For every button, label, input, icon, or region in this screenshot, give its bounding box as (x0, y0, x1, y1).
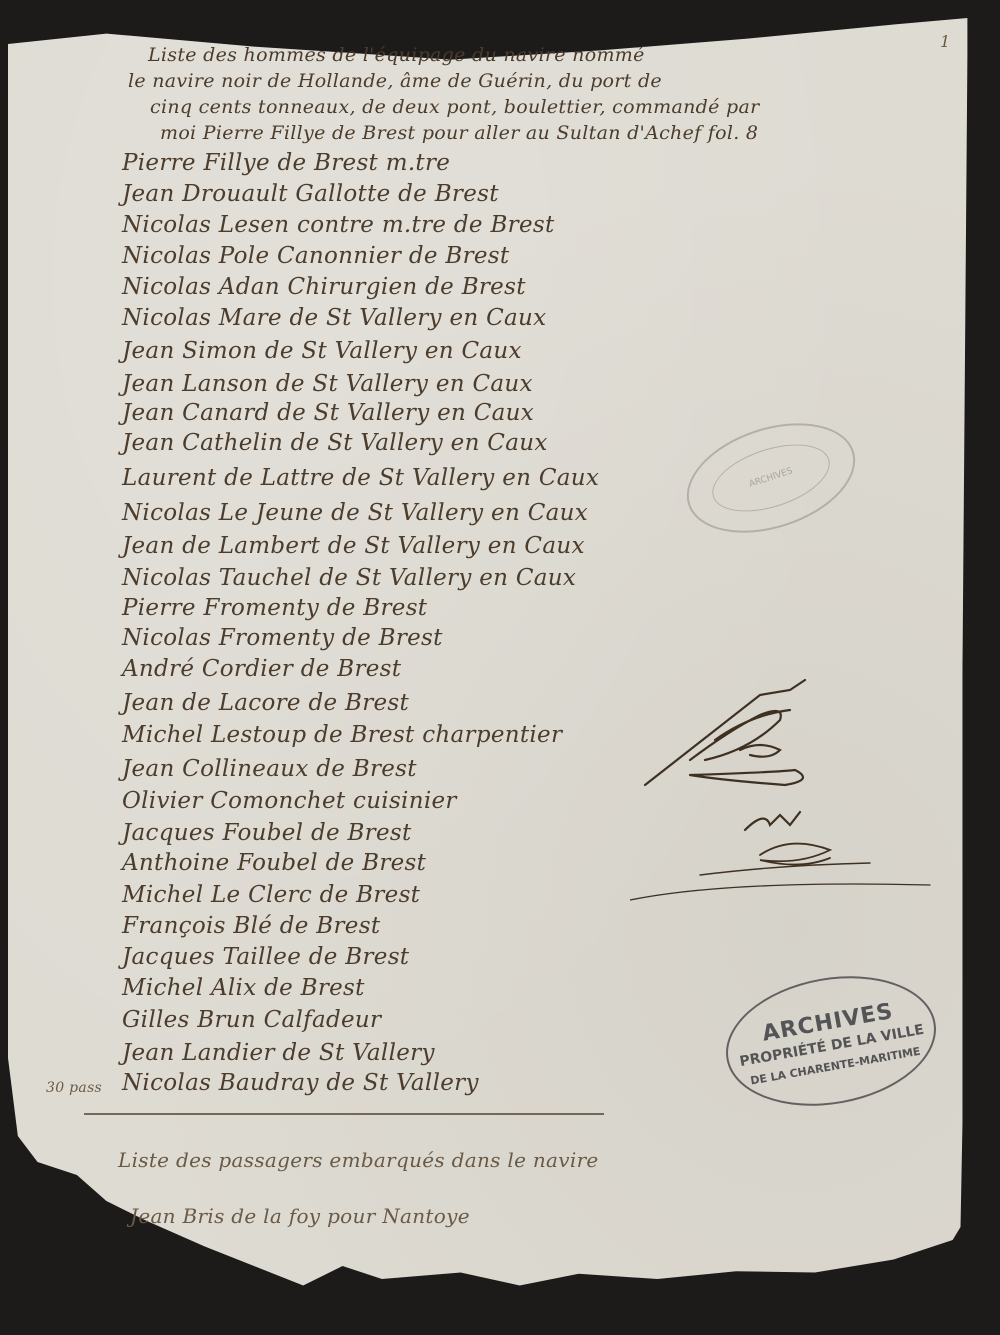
crew-entry: Nicolas Fromenty de Brest (122, 625, 443, 651)
faint-stamp-inner: ARCHIVES (704, 432, 838, 525)
crew-entry: Jean Drouault Gallotte de Brest (122, 181, 499, 207)
signature-paraph-icon (630, 660, 990, 910)
crew-entry: Gilles Brun Calfadeur (122, 1007, 381, 1033)
margin-note: 30 pass (46, 1080, 102, 1096)
crew-entry: Anthoine Foubel de Brest (122, 850, 426, 876)
crew-entry: Jean Cathelin de St Vallery en Caux (122, 430, 548, 456)
crew-entry: Jacques Taillee de Brest (122, 944, 409, 970)
crew-entry: Jean Lanson de St Vallery en Caux (122, 371, 533, 397)
crew-entry: Nicolas Baudray de St Vallery (122, 1070, 479, 1096)
crew-entry: Jean Canard de St Vallery en Caux (122, 400, 534, 426)
crew-entry: Pierre Fillye de Brest m.tre (122, 150, 450, 176)
crew-entry: Jean Landier de St Vallery (122, 1040, 435, 1066)
page-number: 1 (940, 32, 950, 51)
footer-line-1: Liste des passagers embarqués dans le na… (118, 1148, 599, 1172)
header-line-1: Liste des hommes de l'équipage du navire… (148, 44, 645, 66)
crew-entry: André Cordier de Brest (122, 656, 401, 682)
crew-entry: Michel Le Clerc de Brest (122, 882, 420, 908)
crew-entry: François Blé de Brest (122, 913, 380, 939)
footer-line-2: Jean Bris de la foy pour Nantoye (130, 1204, 470, 1228)
crew-entry: Nicolas Pole Canonnier de Brest (122, 243, 509, 269)
faint-stamp-text: ARCHIVES (748, 466, 794, 489)
crew-entry: Nicolas Le Jeune de St Vallery en Caux (122, 500, 588, 526)
document-scan: 1 Liste des hommes de l'équipage du navi… (0, 0, 1000, 1335)
header-line-4: moi Pierre Fillye de Brest pour aller au… (160, 122, 758, 144)
header-line-3: cinq cents tonneaux, de deux pont, boule… (150, 96, 759, 118)
crew-entry: Nicolas Mare de St Vallery en Caux (122, 305, 546, 331)
crew-entry: Pierre Fromenty de Brest (122, 595, 427, 621)
header-line-2: le navire noir de Hollande, âme de Guéri… (128, 70, 662, 92)
crew-entry: Jacques Foubel de Brest (122, 820, 412, 846)
crew-entry: Michel Alix de Brest (122, 975, 365, 1001)
crew-entry: Nicolas Adan Chirurgien de Brest (122, 274, 526, 300)
divider-line (84, 1113, 604, 1115)
crew-entry: Nicolas Lesen contre m.tre de Brest (122, 212, 555, 238)
crew-entry: Jean Simon de St Vallery en Caux (122, 338, 522, 364)
crew-entry: Olivier Comonchet cuisinier (122, 788, 457, 814)
crew-entry: Nicolas Tauchel de St Vallery en Caux (122, 565, 576, 591)
crew-entry: Laurent de Lattre de St Vallery en Caux (122, 465, 599, 491)
crew-entry: Jean de Lambert de St Vallery en Caux (122, 533, 585, 559)
crew-entry: Jean Collineaux de Brest (122, 756, 417, 782)
crew-entry: Jean de Lacore de Brest (122, 690, 409, 716)
crew-entry: Michel Lestoup de Brest charpentier (122, 722, 562, 748)
